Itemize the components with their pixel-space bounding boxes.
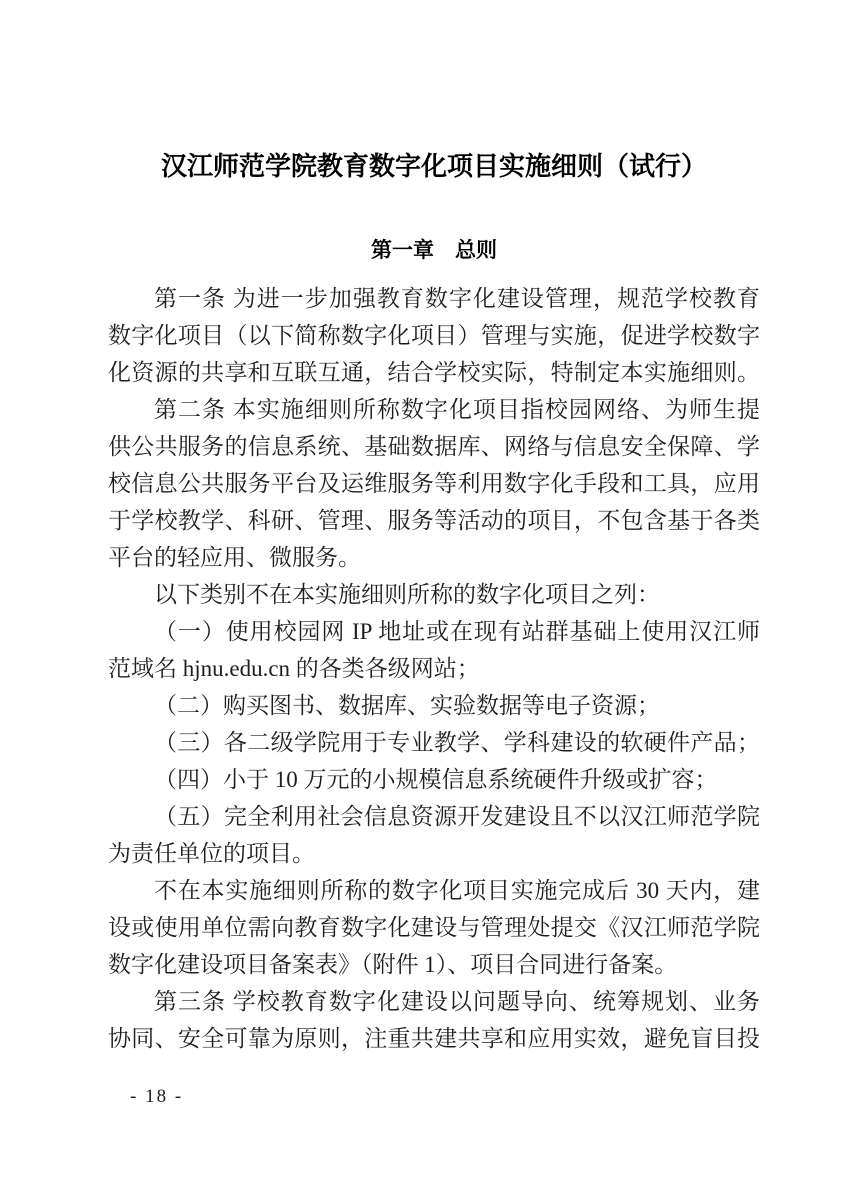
text-line: （五）完全利用社会信息资源开发建设且不以汉江师范学院 [108, 798, 760, 835]
page-number: - 18 - [130, 1085, 183, 1109]
text-line: 协同、安全可靠为原则，注重共建共享和应用实效，避免盲目投 [108, 1020, 760, 1057]
text-line: 供公共服务的信息系统、基础数据库、网络与信息安全保障、学 [108, 428, 760, 465]
text-line: （四）小于 10 万元的小规模信息系统硬件升级或扩容； [108, 761, 760, 798]
paragraph: （二）购买图书、数据库、实验数据等电子资源； [108, 687, 760, 724]
paragraph: 第三条 学校教育数字化建设以问题导向、统筹规划、业务协同、安全可靠为原则，注重共… [108, 983, 760, 1057]
text-line: 数字化建设项目备案表》（附件 1）、项目合同进行备案。 [108, 946, 760, 983]
text-line: 第二条 本实施细则所称数字化项目指校园网络、为师生提 [108, 391, 760, 428]
text-line: 于学校教学、科研、管理、服务等活动的项目，不包含基于各类 [108, 502, 760, 539]
text-line: （三）各二级学院用于专业教学、学科建设的软硬件产品； [108, 724, 760, 761]
text-line: （二）购买图书、数据库、实验数据等电子资源； [108, 687, 760, 724]
document-title: 汉江师范学院教育数字化项目实施细则（试行） [108, 0, 760, 184]
text-line: 第一条 为进一步加强教育数字化建设管理，规范学校教育 [108, 280, 760, 317]
paragraph: 第二条 本实施细则所称数字化项目指校园网络、为师生提供公共服务的信息系统、基础数… [108, 391, 760, 576]
text-line: 范域名 hjnu.edu.cn 的各类各级网站； [108, 650, 760, 687]
text-line: 为责任单位的项目。 [108, 835, 760, 872]
paragraph: 以下类别不在本实施细则所称的数字化项目之列： [108, 576, 760, 613]
chapter-heading: 第一章 总则 [108, 238, 760, 264]
document-page: 汉江师范学院教育数字化项目实施细则（试行） 第一章 总则 第一条 为进一步加强教… [0, 0, 850, 1202]
paragraph: 不在本实施细则所称的数字化项目实施完成后 30 天内，建设或使用单位需向教育数字… [108, 872, 760, 983]
paragraph: （三）各二级学院用于专业教学、学科建设的软硬件产品； [108, 724, 760, 761]
paragraph: （五）完全利用社会信息资源开发建设且不以汉江师范学院为责任单位的项目。 [108, 798, 760, 872]
text-line: 平台的轻应用、微服务。 [108, 539, 760, 576]
document-body: 第一条 为进一步加强教育数字化建设管理，规范学校教育数字化项目（以下简称数字化项… [108, 280, 760, 1057]
document-content: 汉江师范学院教育数字化项目实施细则（试行） 第一章 总则 第一条 为进一步加强教… [108, 0, 760, 1057]
text-line: 以下类别不在本实施细则所称的数字化项目之列： [108, 576, 760, 613]
text-line: 不在本实施细则所称的数字化项目实施完成后 30 天内，建 [108, 872, 760, 909]
paragraph: 第一条 为进一步加强教育数字化建设管理，规范学校教育数字化项目（以下简称数字化项… [108, 280, 760, 391]
text-line: （一）使用校园网 IP 地址或在现有站群基础上使用汉江师 [108, 613, 760, 650]
paragraph: （四）小于 10 万元的小规模信息系统硬件升级或扩容； [108, 761, 760, 798]
text-line: 设或使用单位需向教育数字化建设与管理处提交《汉江师范学院 [108, 909, 760, 946]
paragraph: （一）使用校园网 IP 地址或在现有站群基础上使用汉江师范域名 hjnu.edu… [108, 613, 760, 687]
text-line: 校信息公共服务平台及运维服务等利用数字化手段和工具，应用 [108, 465, 760, 502]
text-line: 数字化项目（以下简称数字化项目）管理与实施，促进学校数字 [108, 317, 760, 354]
text-line: 化资源的共享和互联互通，结合学校实际，特制定本实施细则。 [108, 354, 760, 391]
text-line: 第三条 学校教育数字化建设以问题导向、统筹规划、业务 [108, 983, 760, 1020]
